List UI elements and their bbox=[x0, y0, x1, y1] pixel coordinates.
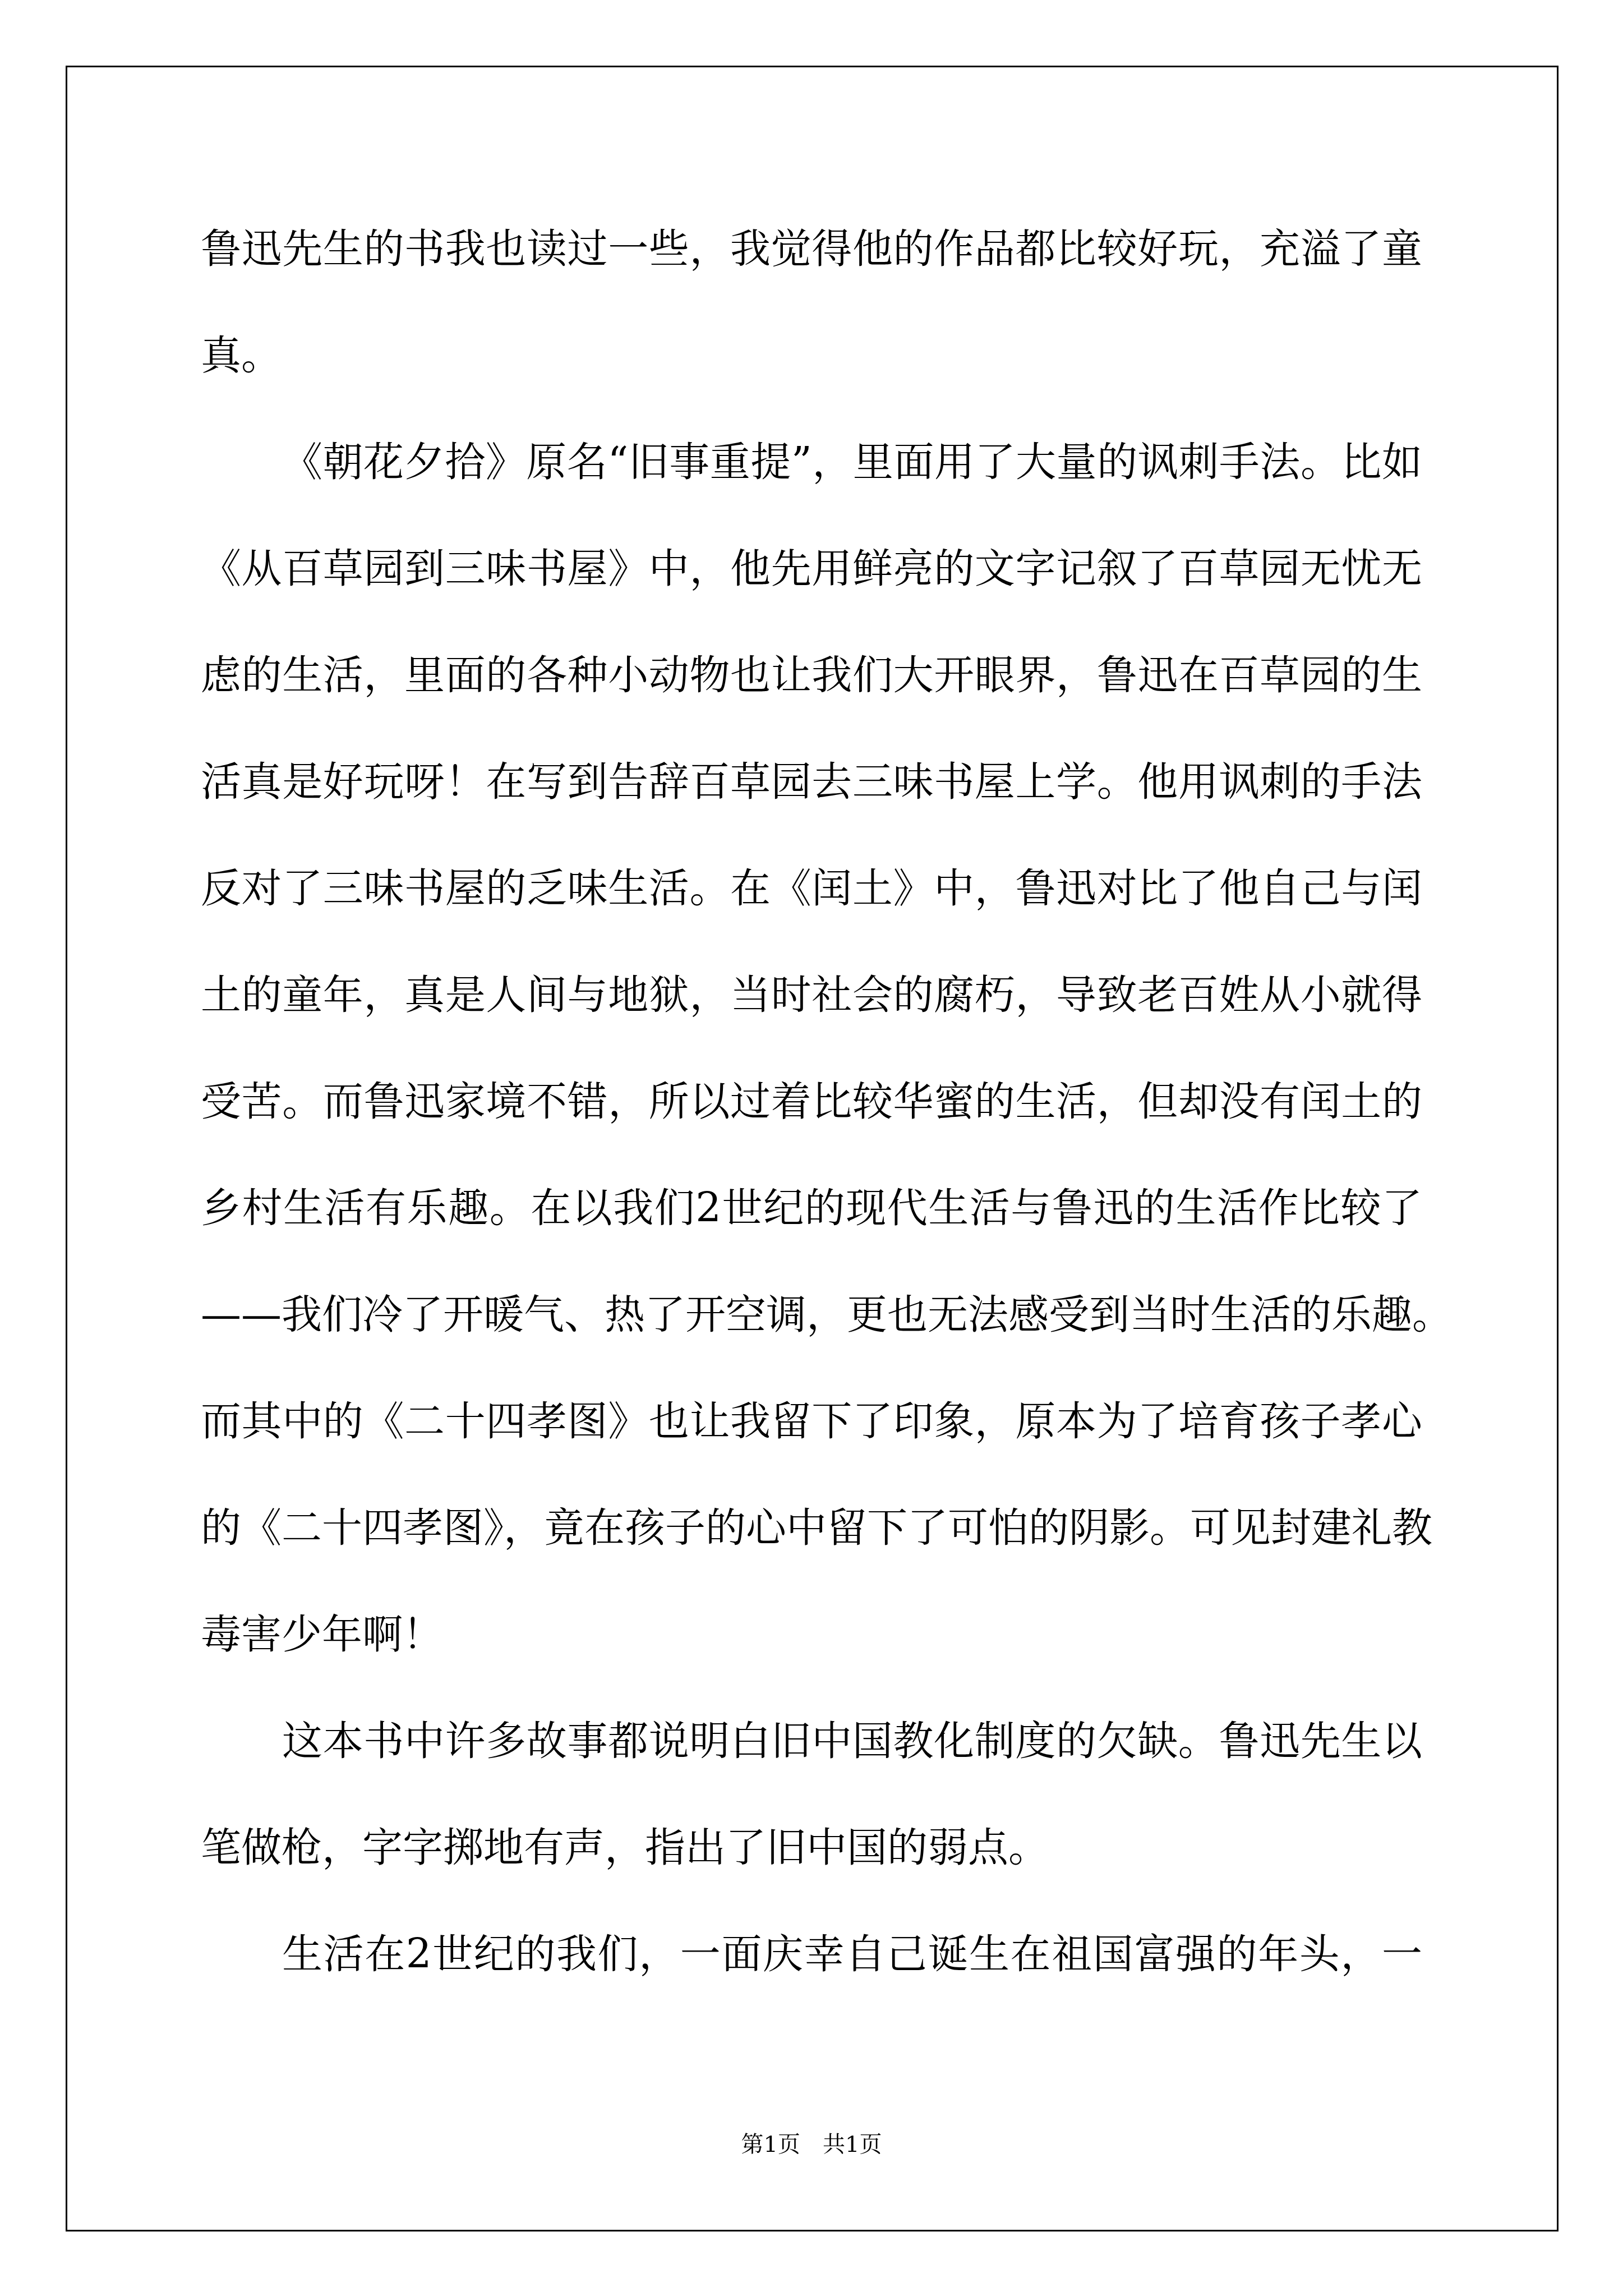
text-line: 真。 bbox=[201, 302, 1422, 408]
text-line: ——我们冷了开暖气、热了开空调，更也无法感受到当时生活的乐趣。 bbox=[201, 1261, 1422, 1368]
text-line: 受苦。而鲁迅家境不错，所以过着比较华蜜的生活，但却没有闰土的 bbox=[201, 1048, 1422, 1154]
text-line: 乡村生活有乐趣。在以我们2世纪的现代生活与鲁迅的生活作比较了 bbox=[201, 1154, 1422, 1261]
text-line: 而其中的《二十四孝图》也让我留下了印象，原本为了培育孩子孝心 bbox=[201, 1368, 1422, 1474]
text-line: 的《二十四孝图》，竟在孩子的心中留下了可怕的阴影。可见封建礼教 bbox=[201, 1474, 1422, 1581]
text-line: 虑的生活，里面的各种小动物也让我们大开眼界，鲁迅在百草园的生 bbox=[201, 622, 1422, 728]
text-line: 《朝花夕拾》原名“旧事重提”，里面用了大量的讽刺手法。比如 bbox=[201, 408, 1422, 515]
text-line: 这本书中许多故事都说明白旧中国教化制度的欠缺。鲁迅先生以 bbox=[201, 1687, 1422, 1794]
text-line: 鲁迅先生的书我也读过一些，我觉得他的作品都比较好玩，充溢了童 bbox=[201, 195, 1422, 302]
text-line: 《从百草园到三味书屋》中，他先用鲜亮的文字记叙了百草园无忧无 bbox=[201, 515, 1422, 622]
text-line: 反对了三味书屋的乏味生活。在《闰土》中，鲁迅对比了他自己与闰 bbox=[201, 835, 1422, 941]
text-line: 土的童年，真是人间与地狱，当时社会的腐朽，导致老百姓从小就得 bbox=[201, 941, 1422, 1048]
text-line: 活真是好玩呀！在写到告辞百草园去三味书屋上学。他用讽刺的手法 bbox=[201, 728, 1422, 835]
page-footer: 第1页共1页 bbox=[0, 2129, 1623, 2160]
text-line: 生活在2世纪的我们，一面庆幸自己诞生在祖国富强的年头，一 bbox=[201, 1901, 1422, 2007]
total-pages-label: 共1页 bbox=[823, 2132, 882, 2157]
document-body: 鲁迅先生的书我也读过一些，我觉得他的作品都比较好玩，充溢了童 真。 《朝花夕拾》… bbox=[201, 195, 1422, 2007]
text-line: 毒害少年啊！ bbox=[201, 1581, 1422, 1687]
text-line: 笔做枪，字字掷地有声，指出了旧中国的弱点。 bbox=[201, 1794, 1422, 1901]
current-page-label: 第1页 bbox=[741, 2132, 800, 2157]
